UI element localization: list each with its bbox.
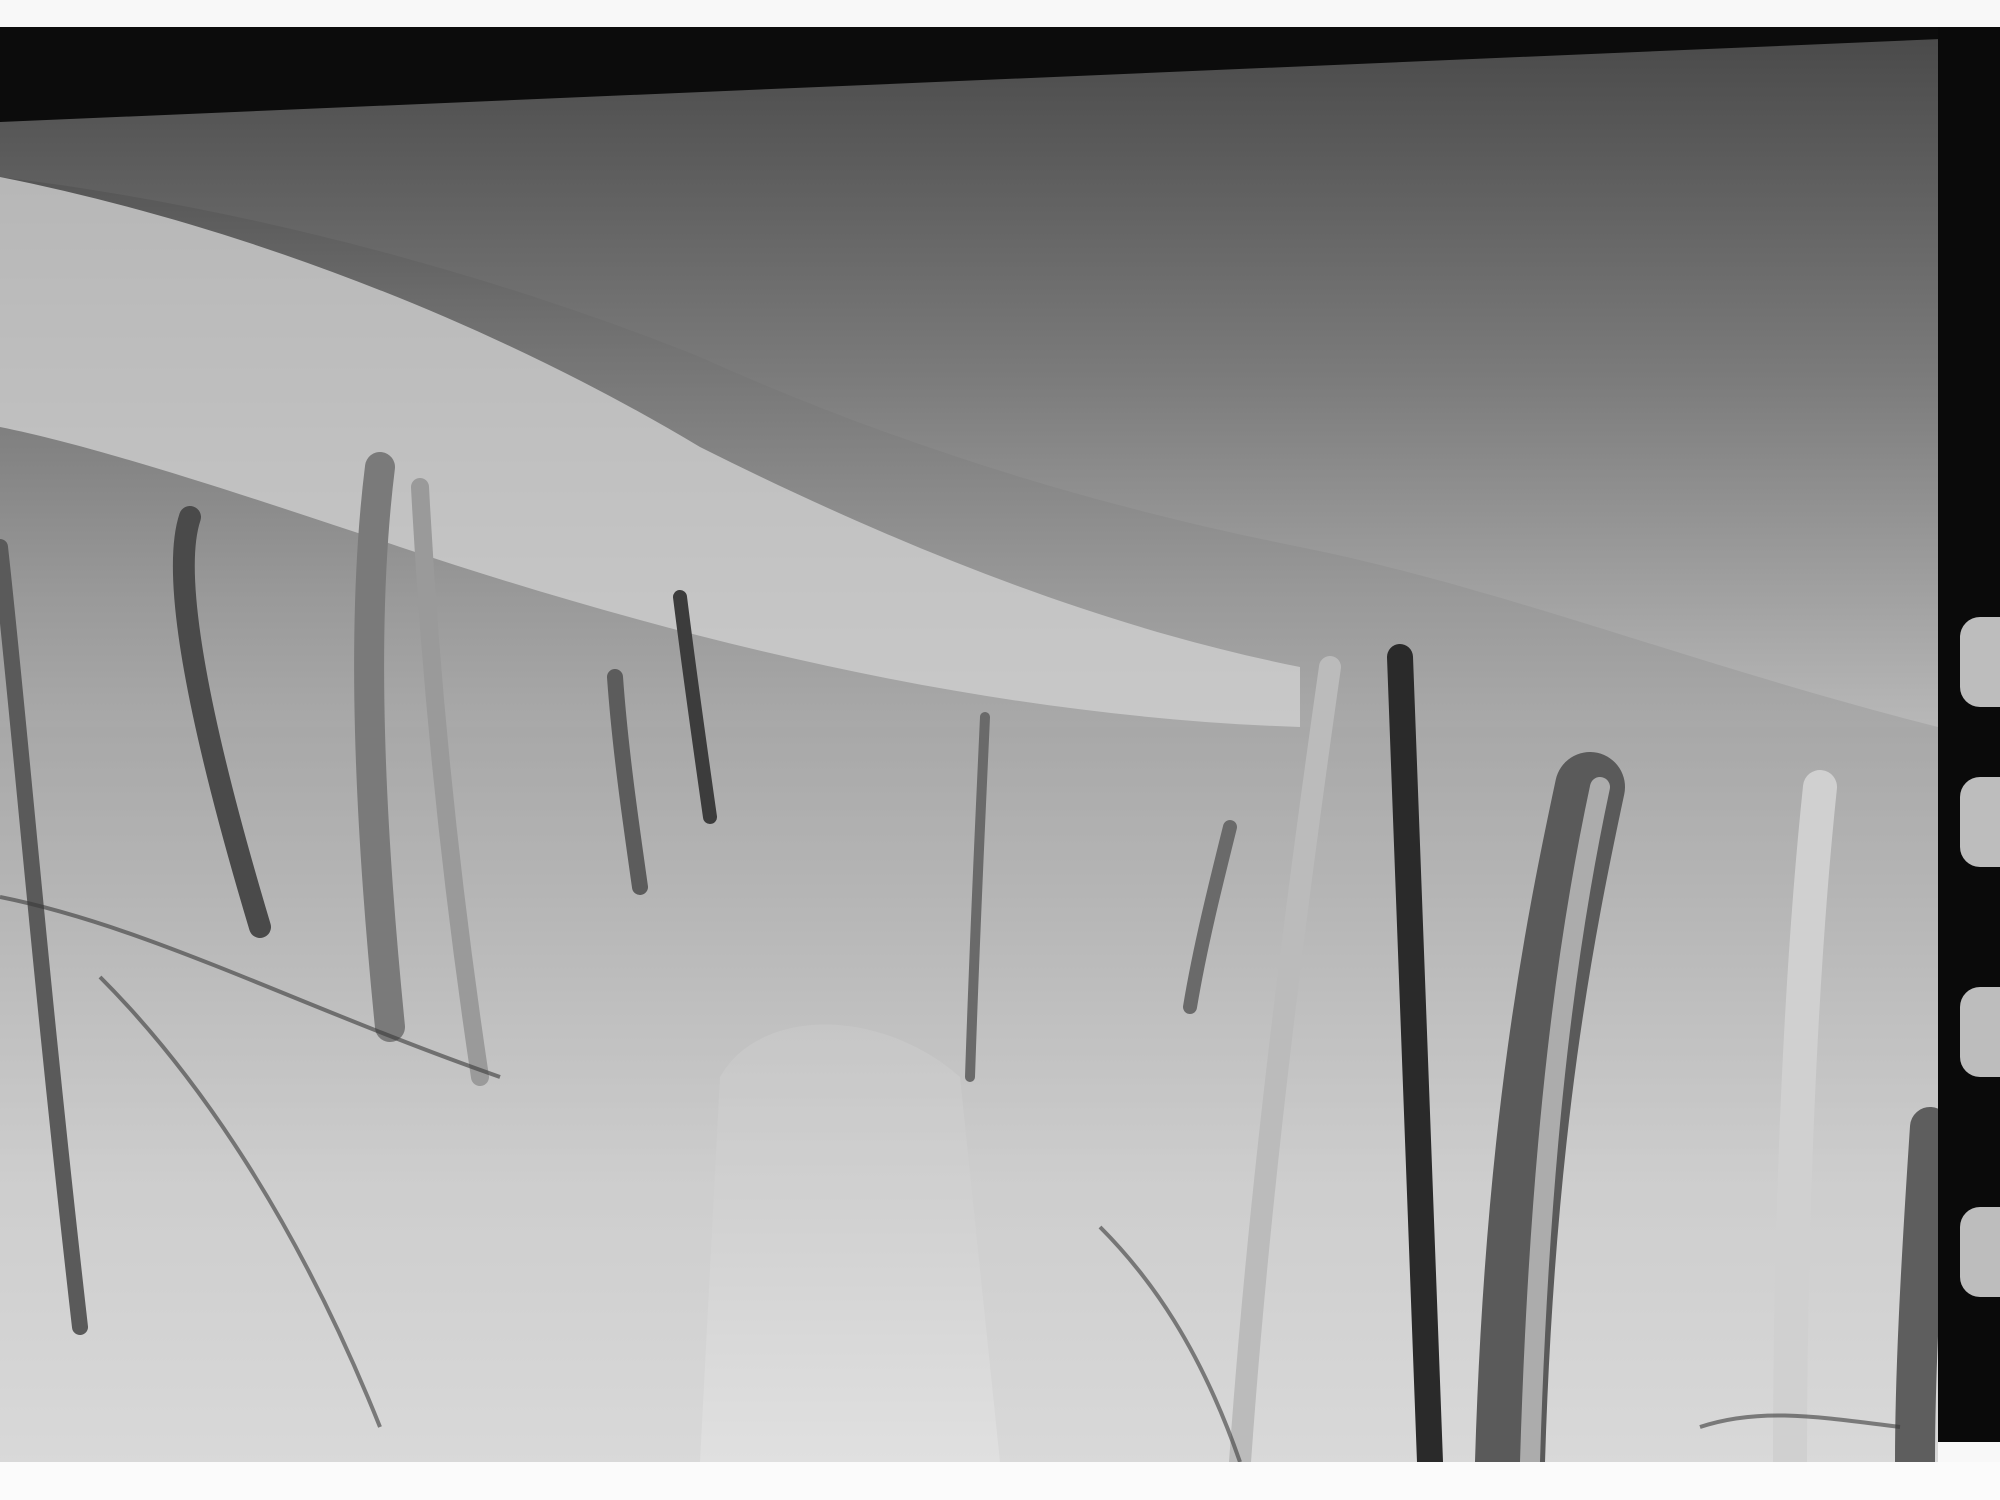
scene-drawing (0, 27, 1938, 1462)
photograph (0, 27, 1938, 1462)
photo-canvas: Black-and-white film photograph shown up… (0, 0, 2000, 1500)
film-border-right (1938, 27, 2000, 1442)
undergrowth (0, 727, 1938, 1462)
scan-margin-bottom (0, 1462, 2000, 1500)
sprocket-hole (1960, 617, 2000, 707)
sprocket-hole (1960, 987, 2000, 1077)
sprocket-hole (1960, 1207, 2000, 1297)
sprocket-hole (1960, 777, 2000, 867)
